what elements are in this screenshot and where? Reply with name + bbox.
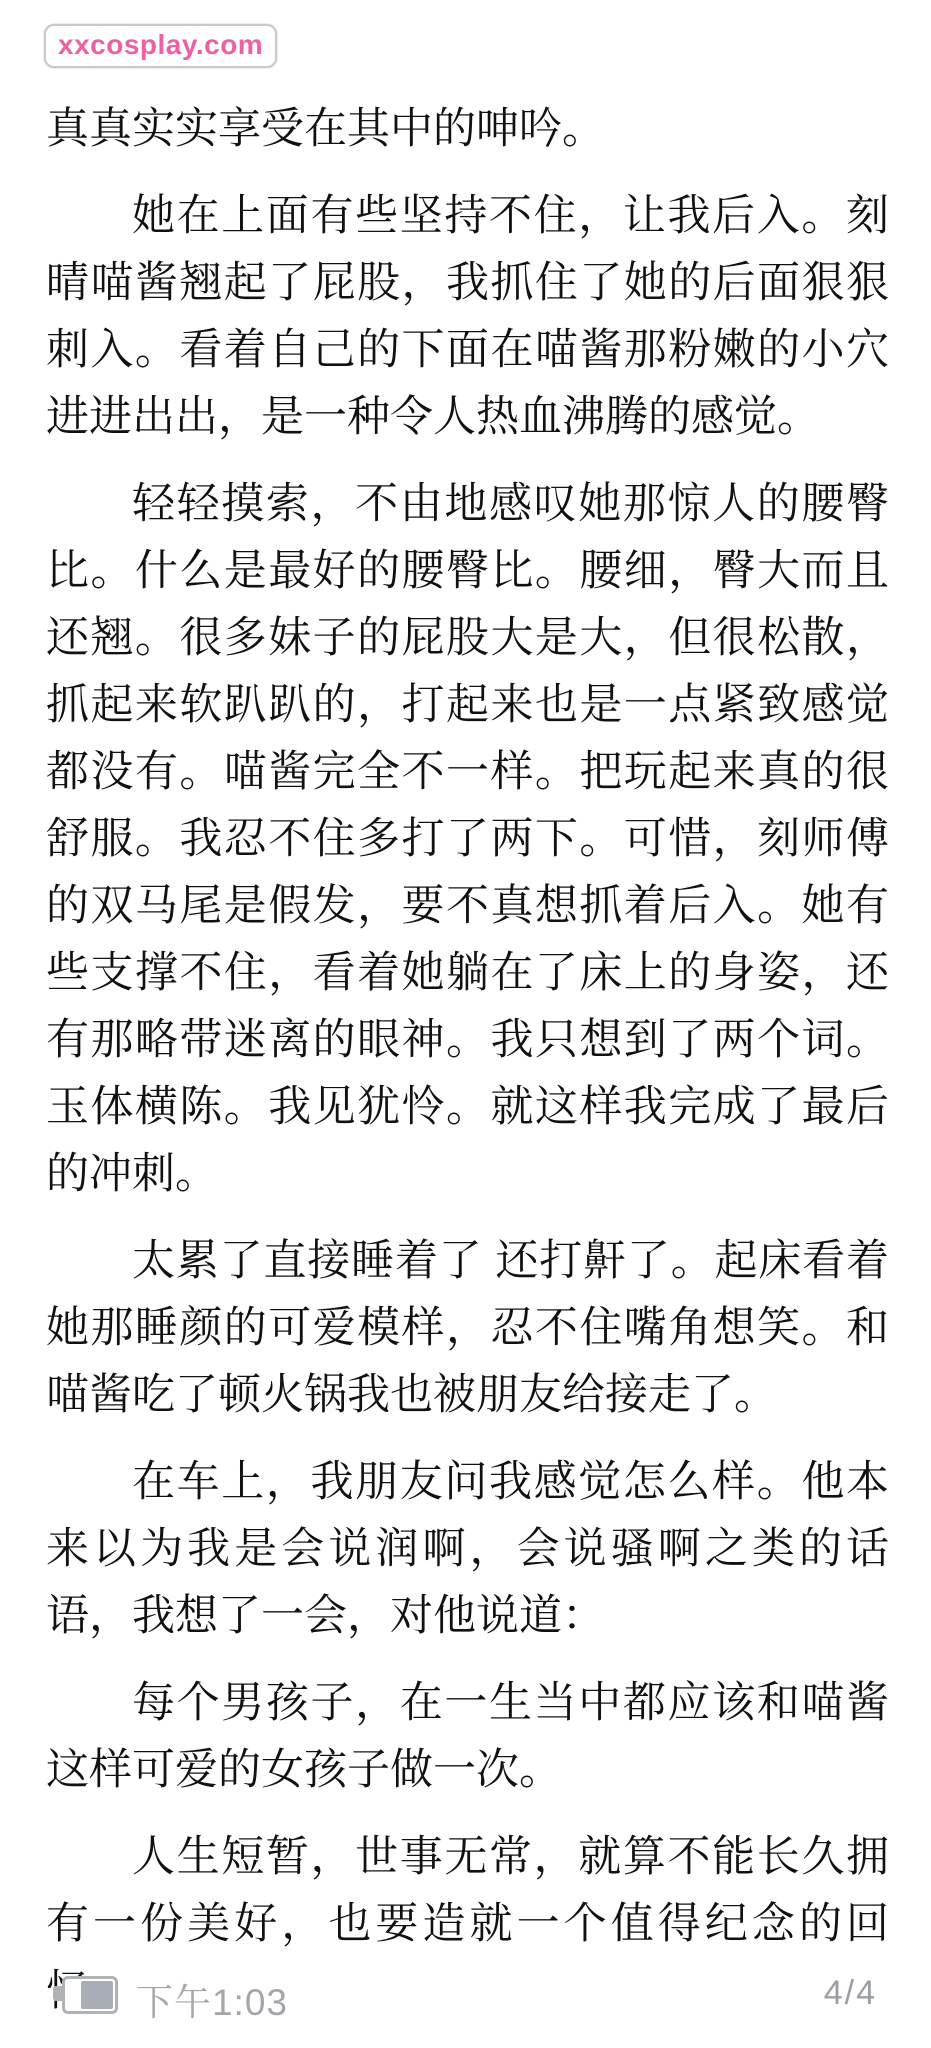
paragraph: 真真实实享受在其中的呻吟。 [46,96,889,163]
paragraph: 轻轻摸索，不由地感叹她那惊人的腰臀比。什么是最好的腰臀比。腰细，臀大而且还翘。很… [46,471,889,1208]
watermark-text: xxcosplay.com [58,29,263,60]
paragraph: 她在上面有些坚持不住，让我后入。刻晴喵酱翘起了屁股，我抓住了她的后面狠狠刺入。看… [46,183,889,451]
watermark-badge: xxcosplay.com [44,24,277,68]
paragraph: 每个男孩子，在一生当中都应该和喵酱这样可爱的女孩子做一次。 [46,1670,889,1804]
text-content: 真真实实享受在其中的呻吟。她在上面有些坚持不住，让我后入。刻晴喵酱翘起了屁股，我… [46,96,889,2045]
status-bar: 下午1:03 4/4 [0,1972,931,2018]
battery-icon [62,1976,118,2014]
page-indicator: 4/4 [824,1974,877,2013]
battery-fill [81,1981,113,2009]
paragraph: 太累了直接睡着了 还打鼾了。起床看着她那睡颜的可爱模样，忍不住嘴角想笑。和喵酱吃… [46,1228,889,1429]
reader-page[interactable]: xxcosplay.com 真真实实享受在其中的呻吟。她在上面有些坚持不住，让我… [0,0,931,2048]
paragraph: 在车上，我朋友问我感觉怎么样。他本来以为我是会说润啊，会说骚啊之类的话语，我想了… [46,1449,889,1650]
time-label: 下午1:03 [136,1972,288,2026]
battery-terminal [53,1986,62,2001]
